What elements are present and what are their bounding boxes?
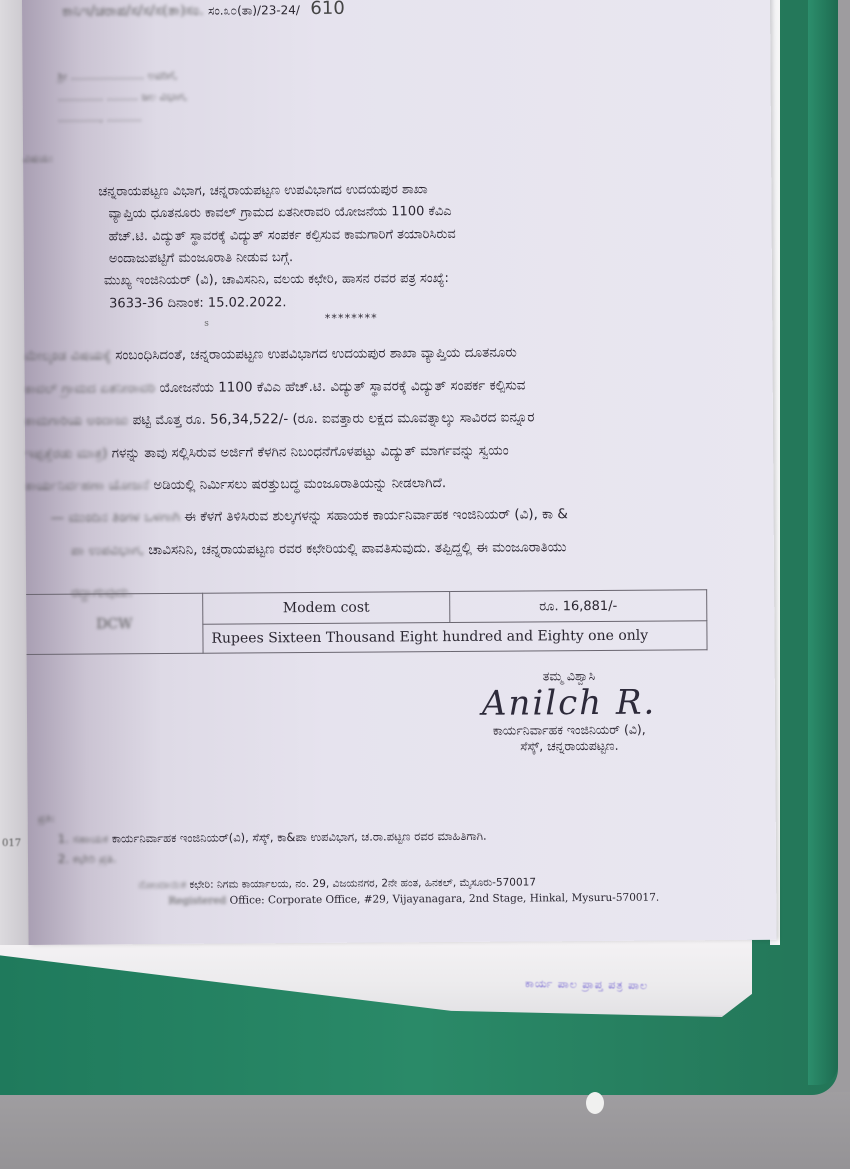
reference-line: 3633-36 ದಿನಾಂಕ: 15.02.2022. [109,295,286,311]
reference-number: ಕಾನಿಇ/ಚರಾಪ/ಸ/ಸ/ಸ(ತಾ)ಸಂ. ಸಂ.೩೦(ತಾ)/23-24/… [62,0,345,21]
body-line: ಕಾರ್ಯನಿರ್ವಹಣಾ ಯೋಜನೆ ಅಡಿಯಲ್ಲಿ ನಿರ್ಮಿಸಲು ಷ… [25,475,446,494]
subject-line: ವ್ಯಾಪ್ತಿಯ ಧೂತನೂರು ಕಾವಲ್ ಗ್ರಾಮದ ಏತನೀರಾವರಿ… [108,204,451,221]
footer-address-kannada: ನೋಂದಾಯಿತ ಕಛೇರಿ: ನಿಗಮ ಕಾರ್ಯಾಲಯ, ನಂ. 29, ವ… [138,876,536,892]
signatory-designation: ಕಾರ್ಯನಿರ್ವಾಹಕ ಇಂಜಿನಿಯರ್ (ವಿ), [482,722,656,739]
subject-line: ಅಂದಾಜುಪಟ್ಟಿಗೆ ಮಂಜೂರಾತಿ ನೀಡುವ ಬಗ್ಗೆ. [109,250,293,266]
amount-cell: ರೂ. 16,881/- [450,590,707,623]
addressee-line: ಶ್ರೀ ..................... ಅವರಿಗೆ, [57,69,177,84]
stray-mark: s [204,319,209,329]
copy-to-item: 2. ಕಛೇರಿ ಪ್ರತಿ. [58,851,117,866]
addressee-line: ............. ......... ಜಲ ವಿಭಾಗ, [58,90,188,105]
folder-punch-hole [586,1092,604,1114]
body-line: ಮೇಲ್ಕಂಡ ವಿಷಯಕ್ಕೆ ಸಂಬಂಧಿಸಿದಂತೆ, ಚನ್ನರಾಯಪಟ… [24,345,516,364]
body-line: ಪಾ ಉಪವಿಭಾಗ, ಚಾವಿಸನಿನಿ, ಚನ್ನರಾಯಪಟ್ಟಣ ರವರ … [71,539,567,558]
amount-words-cell: Rupees Sixteen Thousand Eight hundred an… [203,621,707,654]
stack-stamp-text: ಕಾರ್ಯ ಪಾಲ ಪ್ರಾಪ್ತ ಪತ್ರ ಪಾಲ [525,977,648,993]
subject-line: ಚನ್ನರಾಯಪಟ್ಟಣ ವಿಭಾಗ, ಚನ್ನರಾಯಪಟ್ಟಣ ಉಪವಿಭಾಗ… [98,182,427,199]
cost-category-cell: DCW [26,593,203,654]
body-line: ಇಪ್ಪತ್ತೆರಡು ಮಾತ್ರ) ಗಳನ್ನು ತಾವು ಸಲ್ಲಿಸಿರು… [25,443,509,462]
folder-spine-edge [808,0,838,1085]
separator: ******** [324,312,377,325]
addressee-line: ............, .......... [58,111,142,125]
footer-address-english: Registered Office: Corporate Office, #29… [168,892,659,907]
reference-line: ಮುಖ್ಯ ಇಂಜಿನಿಯರ್ (ವಿ), ಚಾವಿಸನಿನಿ, ವಲಯ ಕಛೇ… [104,271,449,288]
handwritten-number: 610 [310,0,345,19]
copy-to-label: ಪ್ರತಿ: [38,812,55,826]
signature-block: ತಮ್ಮ ವಿಶ್ವಾಸಿ Anilch R. ಕಾರ್ಯನಿರ್ವಾಹಕ ಇಂ… [482,668,657,755]
handwritten-signature: Anilch R. [482,684,657,723]
subject-label: ವಿಷಯ: [23,152,53,166]
subject-line: ಹೆಚ್.ಟಿ. ವಿದ್ಯುತ್ ಸ್ಥಾವರಕ್ಕೆ ವಿದ್ಯುತ್ ಸಂ… [109,227,456,244]
letter-page: ಕಾನಿಇ/ಚರಾಪ/ಸ/ಸ/ಸ(ತಾ)ಸಂ. ಸಂ.೩೦(ತಾ)/23-24/… [22,0,777,945]
body-line: — ಮುಂದಿನ ತಿಂಗಳ ಒಳಗಾಗಿ ಈ ಕೆಳಗೆ ತಿಳಿಸಿರುವ … [51,506,568,526]
signatory-office: ಸೆಸ್ಕ್, ಚನ್ನರಾಯಪಟ್ಟಣ. [482,738,656,755]
underlying-page-text: 017 [2,838,21,849]
copy-to-item: 1. ಸಹಾಯಕ ಕಾರ್ಯನಿರ್ವಾಹಕ ಇಂಜಿನಿಯರ್(ವಿ), ಸೆ… [58,829,487,847]
cost-table: DCW Modem cost ರೂ. 16,881/- Rupees Sixte… [26,589,707,655]
item-label-cell: Modem cost [203,592,450,625]
body-line: ಕಾಮಗಾರಿಯ ಅಂದಾಜು ಪಟ್ಟಿ ಮೊತ್ತ ರೂ. 56,34,52… [25,409,535,429]
body-line: ಕಾವಲ್ ಗ್ರಾಮದ ಏತನೀರಾವರಿ ಯೋಜನೆಯ 1100 ಕೆವಿಎ… [25,377,526,396]
